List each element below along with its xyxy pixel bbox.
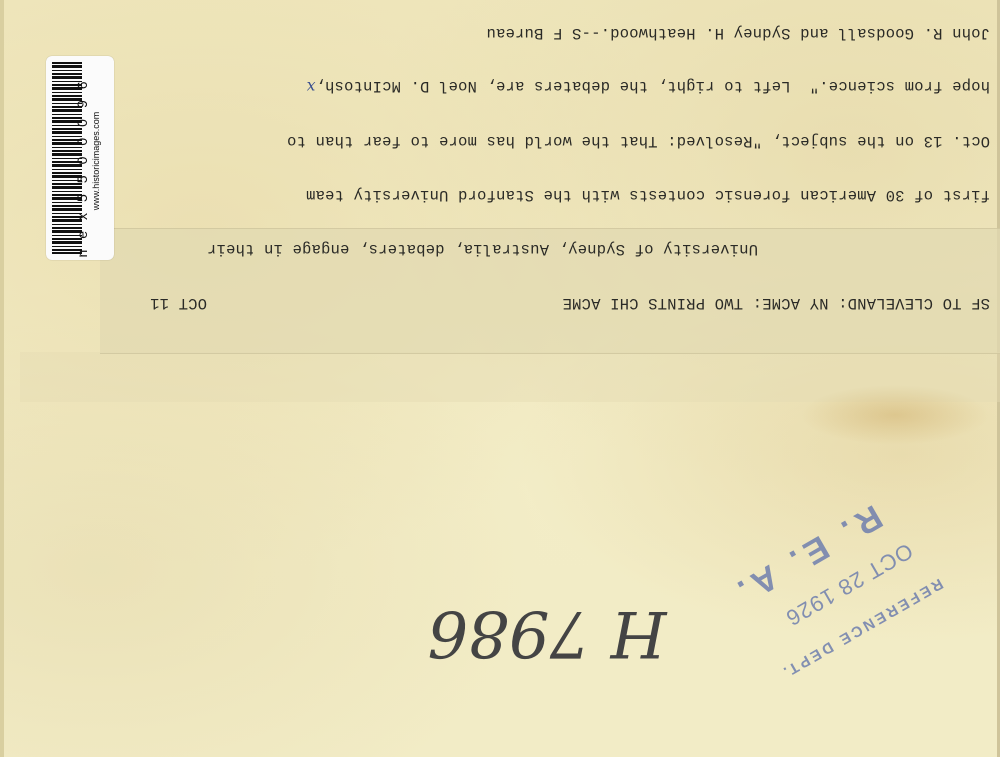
caption-line-5: John R. Goodsall and Sydney H. Heathwood… xyxy=(120,24,990,42)
typed-caption: SF TO CLEVELAND: NY ACME: TWO PRINTS CHI… xyxy=(120,236,990,348)
caption-line-4-wrap: hope from science." Left to right, the d… xyxy=(120,78,990,96)
paper-left-edge xyxy=(0,0,4,757)
barcode-number: nex5500096 xyxy=(74,68,90,260)
caption-line-1: University of Sydney, Australia, debater… xyxy=(120,240,990,258)
adhesive-stain xyxy=(800,385,990,445)
barcode-website: www.historicimages.com xyxy=(91,65,101,257)
caption-header-right: OCT 11 xyxy=(120,294,207,312)
caption-line-4: hope from science." Left to right, the d… xyxy=(315,77,990,95)
barcode-label: nex5500096 www.historicimages.com xyxy=(46,56,114,260)
pen-check-mark: x xyxy=(306,78,315,96)
caption-header: SF TO CLEVELAND: NY ACME: TWO PRINTS CHI… xyxy=(120,294,990,312)
caption-line-2: first of 30 American forensic contests w… xyxy=(120,186,990,204)
pencil-archive-number: H 7986 xyxy=(412,570,682,695)
caption-header-left: SF TO CLEVELAND: NY ACME: TWO PRINTS CHI… xyxy=(562,294,990,312)
caption-line-3: Oct. 13 on the subject, "Resolved: That … xyxy=(120,132,990,150)
